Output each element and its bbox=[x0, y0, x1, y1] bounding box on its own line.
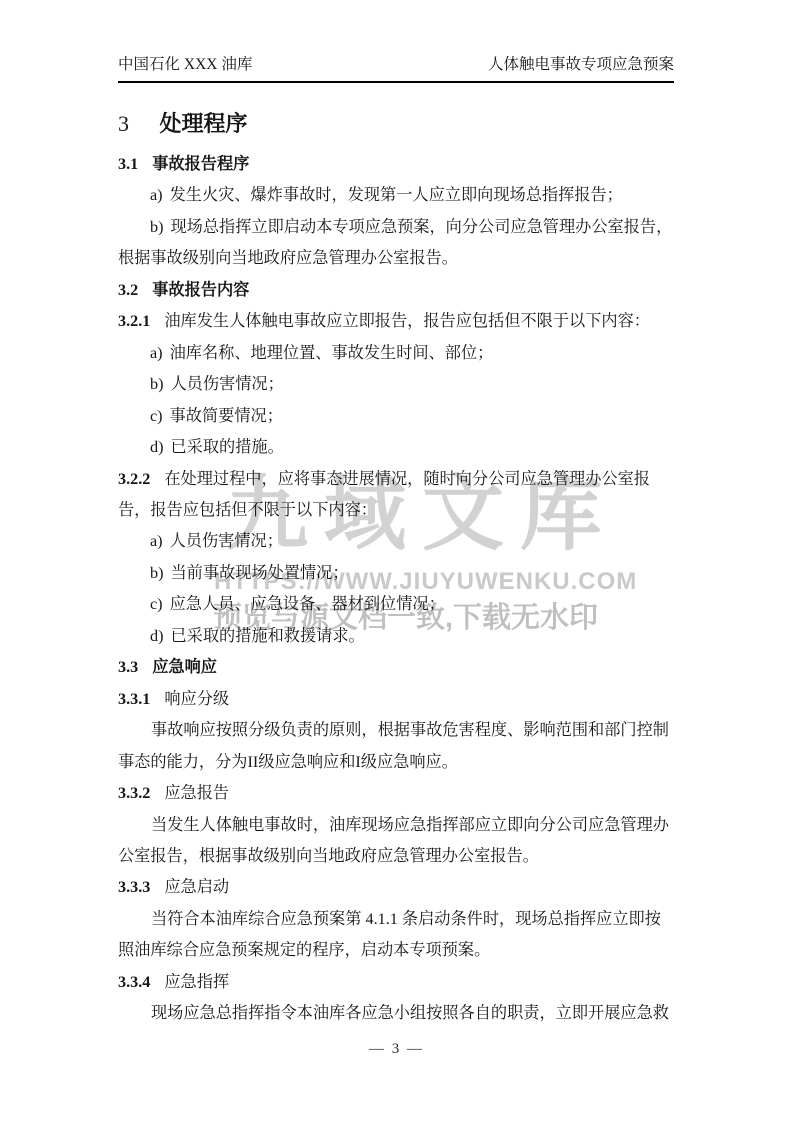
clause-number: 3.2 bbox=[118, 281, 138, 299]
section-heading: 3.2事故报告内容 bbox=[118, 275, 674, 306]
text-content: 事故简要情况； bbox=[170, 407, 283, 425]
text-content: 应急指挥 bbox=[164, 973, 229, 991]
title-text: 处理程序 bbox=[160, 111, 248, 136]
text-content: 应急报告 bbox=[164, 784, 229, 802]
list-marker: d) bbox=[150, 438, 163, 456]
section-heading: 3.1事故报告程序 bbox=[118, 149, 674, 180]
text-content: 油库名称、地理位置、事故发生时间、部位； bbox=[170, 344, 494, 362]
page-header: 中国石化 XXX 油库 人体触电事故专项应急预案 bbox=[118, 55, 674, 83]
document-body: 3.1事故报告程序a)发生火灾、爆炸事故时，发现第一人应立即向现场总指挥报告；b… bbox=[118, 149, 674, 1030]
text-content: 人员伤害情况； bbox=[170, 532, 283, 550]
paragraph: 事故响应按照分级负责的原则，根据事故危害程度、影响范围和部门控制事态的能力，分为… bbox=[118, 715, 674, 778]
list-item: b)人员伤害情况； bbox=[118, 369, 674, 400]
text-content: 当前事故现场处置情况； bbox=[170, 564, 348, 582]
list-marker: a) bbox=[150, 186, 163, 204]
header-company-name: 中国石化 XXX 油库 bbox=[118, 55, 252, 74]
list-marker: b) bbox=[150, 218, 163, 236]
clause-number: 3.2.2 bbox=[118, 470, 150, 488]
header-document-title: 人体触电事故专项应急预案 bbox=[488, 55, 674, 74]
page-footer: — 3 — bbox=[0, 1040, 793, 1058]
clause-heading: 3.3.2应急报告 bbox=[118, 778, 674, 809]
clause-heading: 3.3.3应急启动 bbox=[118, 872, 674, 903]
text-content: 油库发生人体触电事故应立即报告，报告应包括但不限于以下内容： bbox=[164, 312, 650, 330]
clause-number: 3.1 bbox=[118, 155, 138, 173]
text-content: 发生火灾、爆炸事故时，发现第一人应立即向现场总指挥报告； bbox=[170, 186, 623, 204]
text-content: 响应分级 bbox=[164, 690, 229, 708]
list-item: c)事故简要情况； bbox=[118, 401, 674, 432]
list-item: d)已采取的措施。 bbox=[118, 432, 674, 463]
document-page: 九域文库 HTTPS://WWW.JIUYUWENKU.COM 预览与源文档一致… bbox=[0, 0, 793, 1122]
list-marker: c) bbox=[150, 407, 163, 425]
clause-heading: 3.2.2在处理过程中，应将事态进展情况，随时向分公司应急管理办公室报告，报告应… bbox=[118, 464, 674, 527]
paragraph: 当符合本油库综合应急预案第 4.1.1 条启动条件时，现场总指挥应立即按照油库综… bbox=[118, 904, 674, 967]
clause-number: 3.2.1 bbox=[118, 312, 150, 330]
list-marker: a) bbox=[150, 532, 163, 550]
clause-heading: 3.3.4应急指挥 bbox=[118, 967, 674, 998]
text-content: 事故响应按照分级负责的原则，根据事故危害程度、影响范围和部门控制事态的能力，分为… bbox=[118, 721, 669, 770]
text-content: 应急启动 bbox=[164, 878, 229, 896]
text-content: 当发生人体触电事故时，油库现场应急指挥部应立即向分公司应急管理办公室报告，根据事… bbox=[118, 816, 669, 865]
text-content: 事故报告内容 bbox=[152, 281, 249, 299]
clause-number: 3.3.3 bbox=[118, 878, 150, 896]
list-item: a)油库名称、地理位置、事故发生时间、部位； bbox=[118, 338, 674, 369]
page-number: — 3 — bbox=[369, 1041, 424, 1057]
list-item: d)已采取的措施和救援请求。 bbox=[118, 621, 674, 652]
list-item: c)应急人员、应急设备、器材到位情况； bbox=[118, 589, 674, 620]
text-content: 事故报告程序 bbox=[152, 155, 249, 173]
list-item: a)人员伤害情况； bbox=[118, 526, 674, 557]
list-marker: d) bbox=[150, 627, 163, 645]
list-marker: b) bbox=[150, 375, 163, 393]
text-content: 现场应急总指挥指令本油库各应急小组按照各自的职责，立即开展应急救 bbox=[151, 1004, 669, 1022]
text-content: 现场总指挥立即启动本专项应急预案，向分公司应急管理办公室报告，根据事故级别向当地… bbox=[118, 218, 672, 267]
paragraph: 现场应急总指挥指令本油库各应急小组按照各自的职责，立即开展应急救 bbox=[118, 998, 674, 1029]
text-content: 在处理过程中，应将事态进展情况，随时向分公司应急管理办公室报告，报告应包括但不限… bbox=[118, 470, 650, 519]
clause-heading: 3.2.1油库发生人体触电事故应立即报告，报告应包括但不限于以下内容： bbox=[118, 306, 674, 337]
clause-number: 3.3 bbox=[118, 658, 138, 676]
title-number: 3 bbox=[118, 111, 129, 136]
page-content: 中国石化 XXX 油库 人体触电事故专项应急预案 3 处理程序 3.1事故报告程… bbox=[0, 0, 793, 1030]
list-item: b)当前事故现场处置情况； bbox=[118, 558, 674, 589]
list-item: a)发生火灾、爆炸事故时，发现第一人应立即向现场总指挥报告； bbox=[118, 180, 674, 211]
text-content: 已采取的措施。 bbox=[170, 438, 283, 456]
page-title: 3 处理程序 bbox=[118, 109, 674, 139]
text-content: 人员伤害情况； bbox=[170, 375, 283, 393]
list-item: b)现场总指挥立即启动本专项应急预案，向分公司应急管理办公室报告，根据事故级别向… bbox=[118, 212, 674, 275]
section-heading: 3.3应急响应 bbox=[118, 652, 674, 683]
list-marker: a) bbox=[150, 344, 163, 362]
clause-number: 3.3.2 bbox=[118, 784, 150, 802]
text-content: 应急响应 bbox=[152, 658, 217, 676]
text-content: 应急人员、应急设备、器材到位情况； bbox=[170, 595, 445, 613]
list-marker: c) bbox=[150, 595, 163, 613]
clause-number: 3.3.1 bbox=[118, 690, 150, 708]
clause-heading: 3.3.1响应分级 bbox=[118, 684, 674, 715]
text-content: 已采取的措施和救援请求。 bbox=[170, 627, 364, 645]
list-marker: b) bbox=[150, 564, 163, 582]
paragraph: 当发生人体触电事故时，油库现场应急指挥部应立即向分公司应急管理办公室报告，根据事… bbox=[118, 810, 674, 873]
clause-number: 3.3.4 bbox=[118, 973, 150, 991]
text-content: 当符合本油库综合应急预案第 4.1.1 条启动条件时，现场总指挥应立即按照油库综… bbox=[118, 910, 661, 959]
